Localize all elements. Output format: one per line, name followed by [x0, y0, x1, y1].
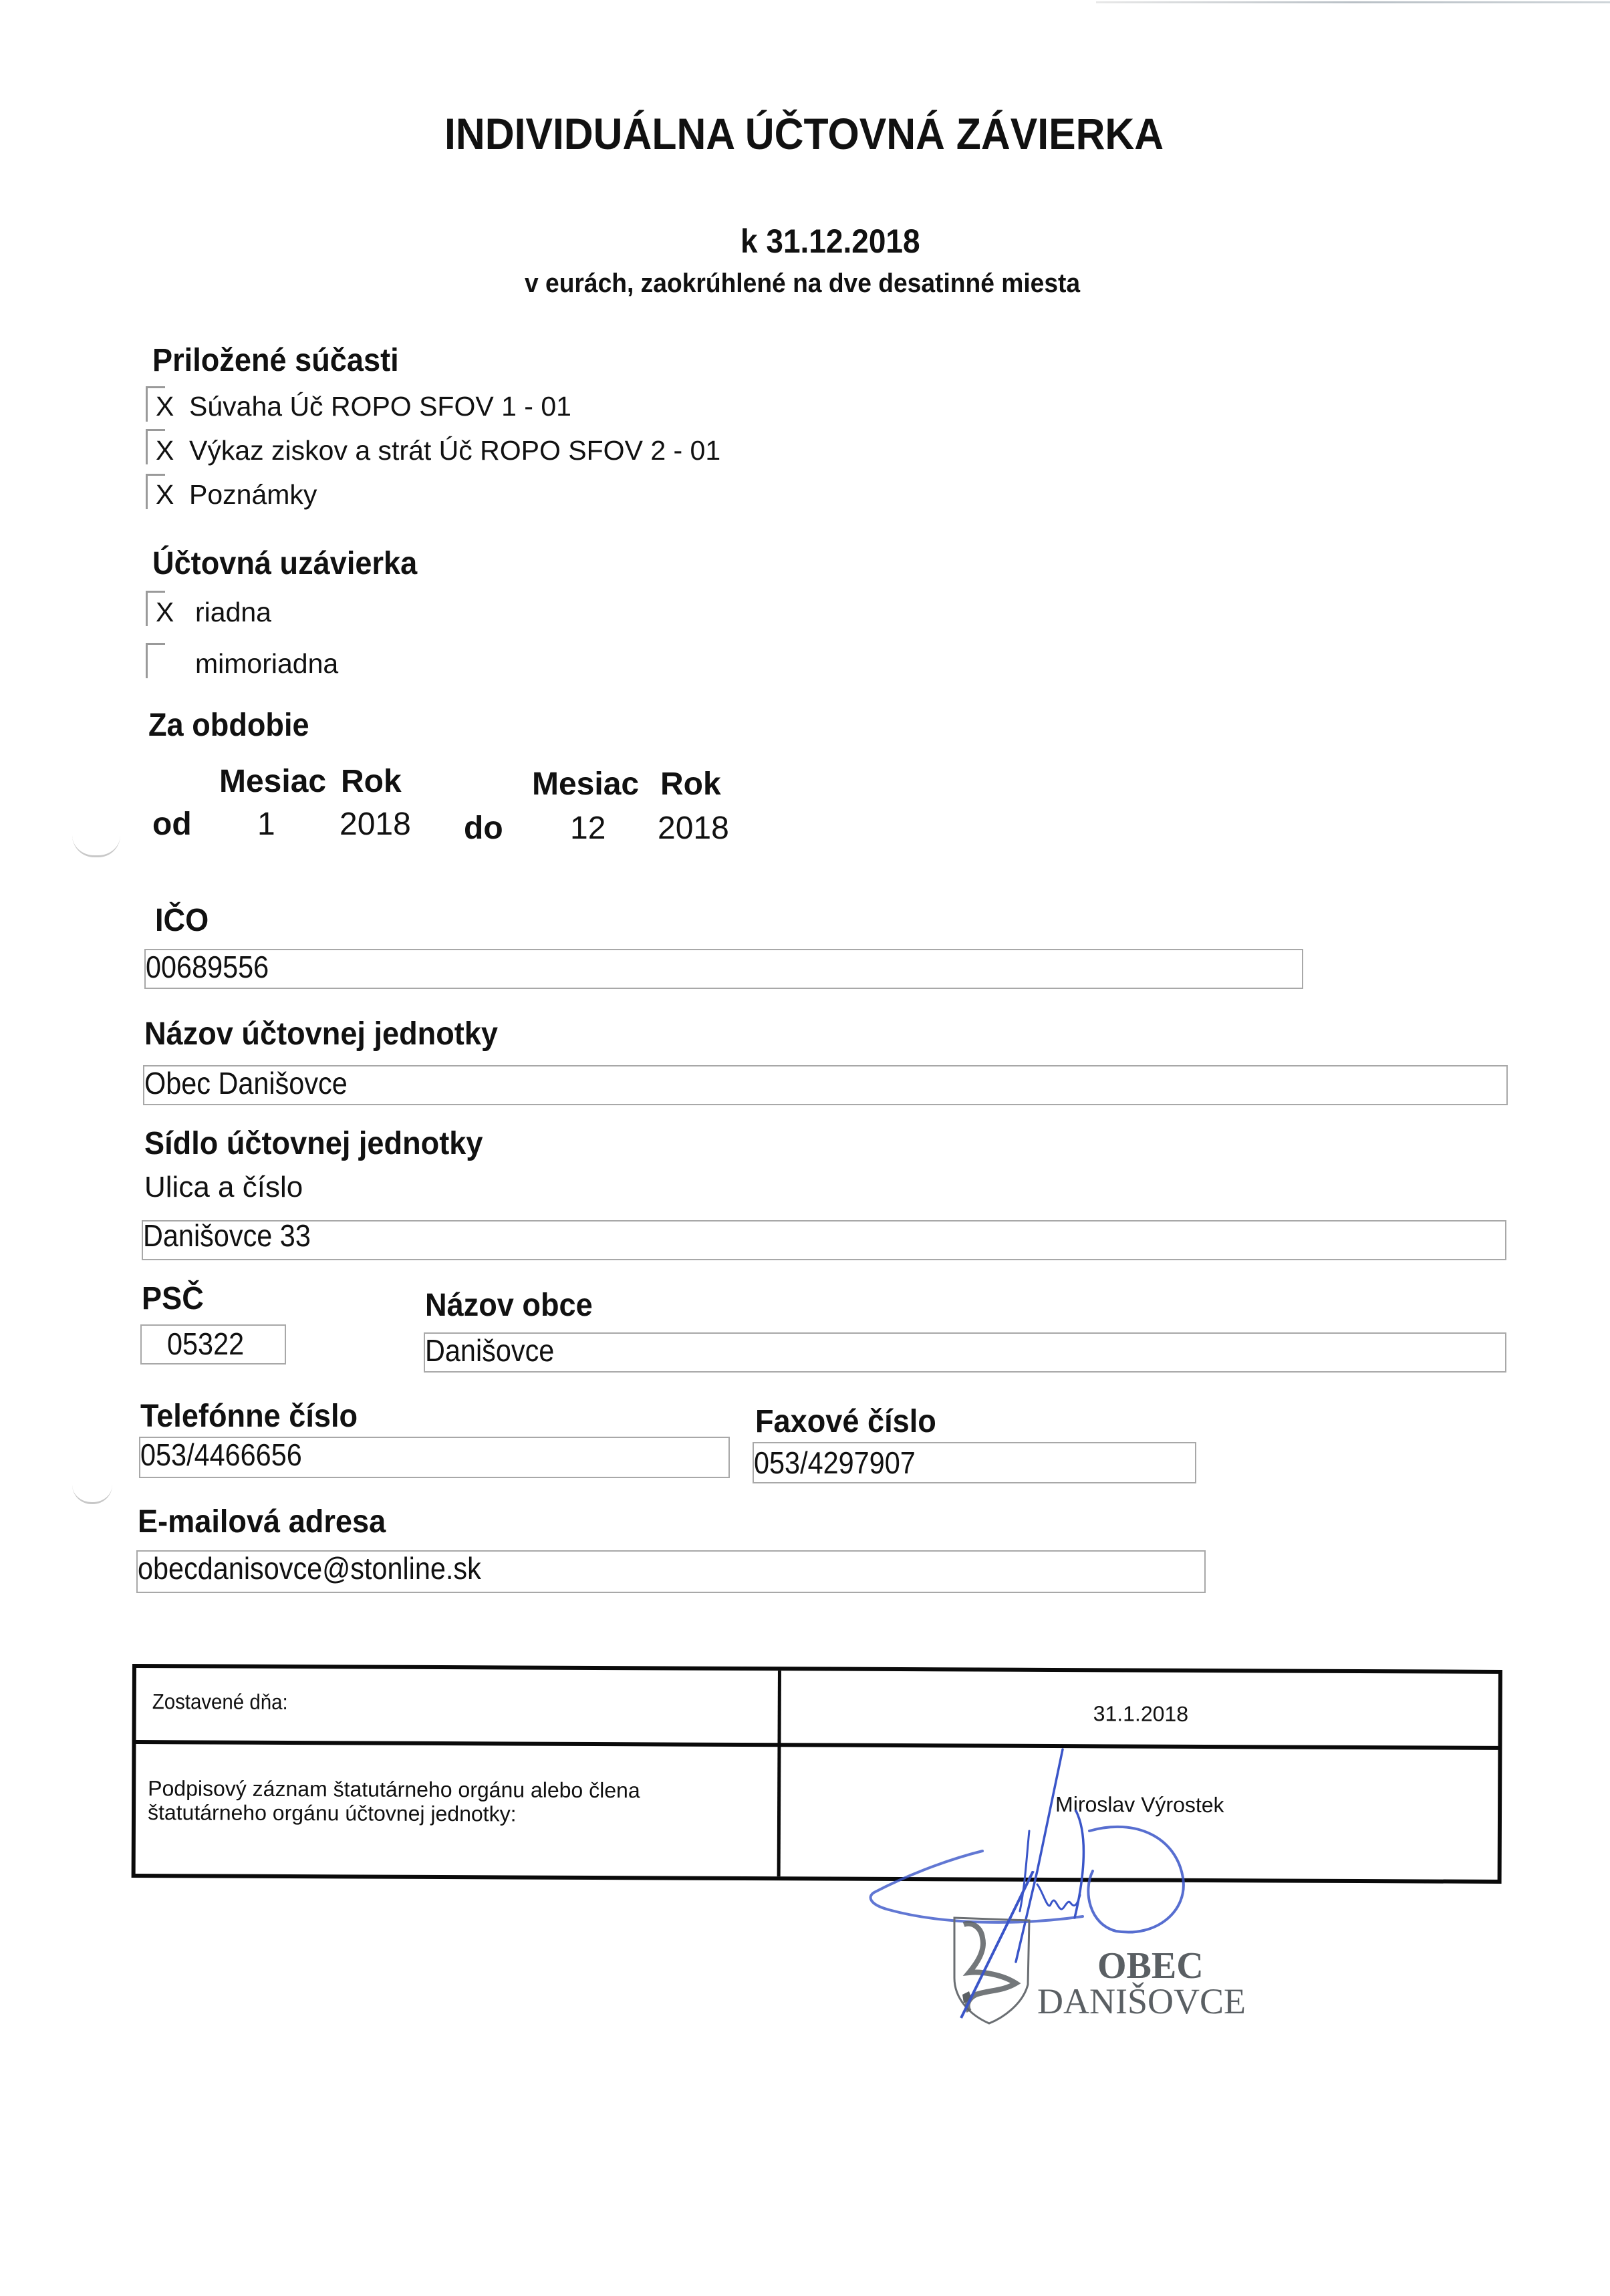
fax-label: Faxové číslo: [755, 1403, 936, 1440]
town-value: Danišovce: [425, 1332, 554, 1369]
to-month-value: 12: [570, 810, 606, 847]
phone-value: 053/4466656: [140, 1437, 302, 1473]
stamp-line2: DANIŠOVCE: [1037, 1981, 1246, 2022]
entity-name-value: Obec Danišovce: [144, 1065, 348, 1101]
psc-label: PSČ: [142, 1280, 204, 1317]
street-label: Ulica a číslo: [144, 1171, 303, 1204]
fax-value: 053/4297907: [754, 1445, 916, 1481]
closing-type-heading: Účtovná uzávierka: [152, 545, 417, 582]
signature-label-line2: štatutárneho orgánu účtovnej jednotky:: [148, 1800, 517, 1826]
from-year-header: Rok: [341, 763, 402, 800]
from-year-value: 2018: [340, 806, 411, 843]
street-value: Danišovce 33: [143, 1217, 311, 1254]
checkbox-mark: X: [156, 479, 174, 511]
town-field[interactable]: [424, 1332, 1506, 1373]
email-value: obecdanisovce@stonline.sk: [138, 1550, 481, 1586]
seat-label: Sídlo účtovnej jednotky: [144, 1125, 483, 1162]
checkbox-mark: X: [156, 435, 174, 466]
signature-label-line1: Podpisový záznam štatutárneho orgánu ale…: [148, 1776, 640, 1803]
entity-name-field[interactable]: [143, 1065, 1508, 1105]
closing-type-label: riadna: [195, 597, 271, 628]
ico-value: 00689556: [146, 949, 269, 985]
checkbox[interactable]: [146, 643, 165, 678]
signature-stroke-icon: [949, 1871, 1043, 2031]
signature-table: Zostavené dňa: 31.1.2018 Podpisový zázna…: [132, 1664, 1502, 1884]
email-label: E-mailová adresa: [138, 1503, 386, 1540]
town-label: Názov obce: [425, 1287, 593, 1324]
table-divider-horizontal: [136, 1740, 1498, 1750]
from-label: od: [152, 806, 192, 843]
report-date: k 31.12.2018: [741, 222, 920, 261]
attachment-label: Výkaz ziskov a strát Úč ROPO SFOV 2 - 01: [189, 435, 720, 466]
closing-type-label: mimoriadna: [195, 648, 338, 680]
to-year-value: 2018: [658, 810, 729, 847]
phone-label: Telefónne číslo: [140, 1398, 358, 1435]
to-month-header: Mesiac: [532, 766, 639, 803]
municipal-stamp: OBEC DANIŠOVCE: [949, 1911, 1270, 2025]
compiled-date-value: 31.1.2018: [1093, 1701, 1189, 1727]
ico-label: IČO: [155, 902, 209, 939]
to-label: do: [464, 810, 503, 847]
scan-edge-line: [1096, 1, 1610, 3]
checkbox-mark: X: [156, 391, 174, 422]
to-year-header: Rok: [660, 766, 721, 803]
table-divider-vertical: [777, 1671, 781, 1876]
scan-smudge: [72, 835, 120, 857]
attachments-heading: Priložené súčasti: [152, 342, 399, 379]
currency-note: v eurách, zaokrúhlené na dve desatinné m…: [525, 269, 1080, 299]
entity-name-label: Názov účtovnej jednotky: [144, 1016, 498, 1052]
from-month-header: Mesiac: [219, 763, 326, 800]
checkbox-mark: X: [156, 597, 174, 628]
psc-value: 05322: [167, 1326, 244, 1362]
document-title: INDIVIDUÁLNA ÚČTOVNÁ ZÁVIERKA: [444, 108, 1164, 159]
period-heading: Za obdobie: [148, 707, 309, 744]
from-month-value: 1: [257, 806, 275, 843]
compiled-date-label: Zostavené dňa:: [152, 1689, 288, 1715]
attachment-label: Súvaha Úč ROPO SFOV 1 - 01: [189, 391, 571, 422]
attachment-label: Poznámky: [189, 479, 317, 511]
street-field[interactable]: [142, 1220, 1506, 1260]
ico-field[interactable]: [144, 949, 1303, 989]
scan-smudge: [72, 1485, 112, 1504]
